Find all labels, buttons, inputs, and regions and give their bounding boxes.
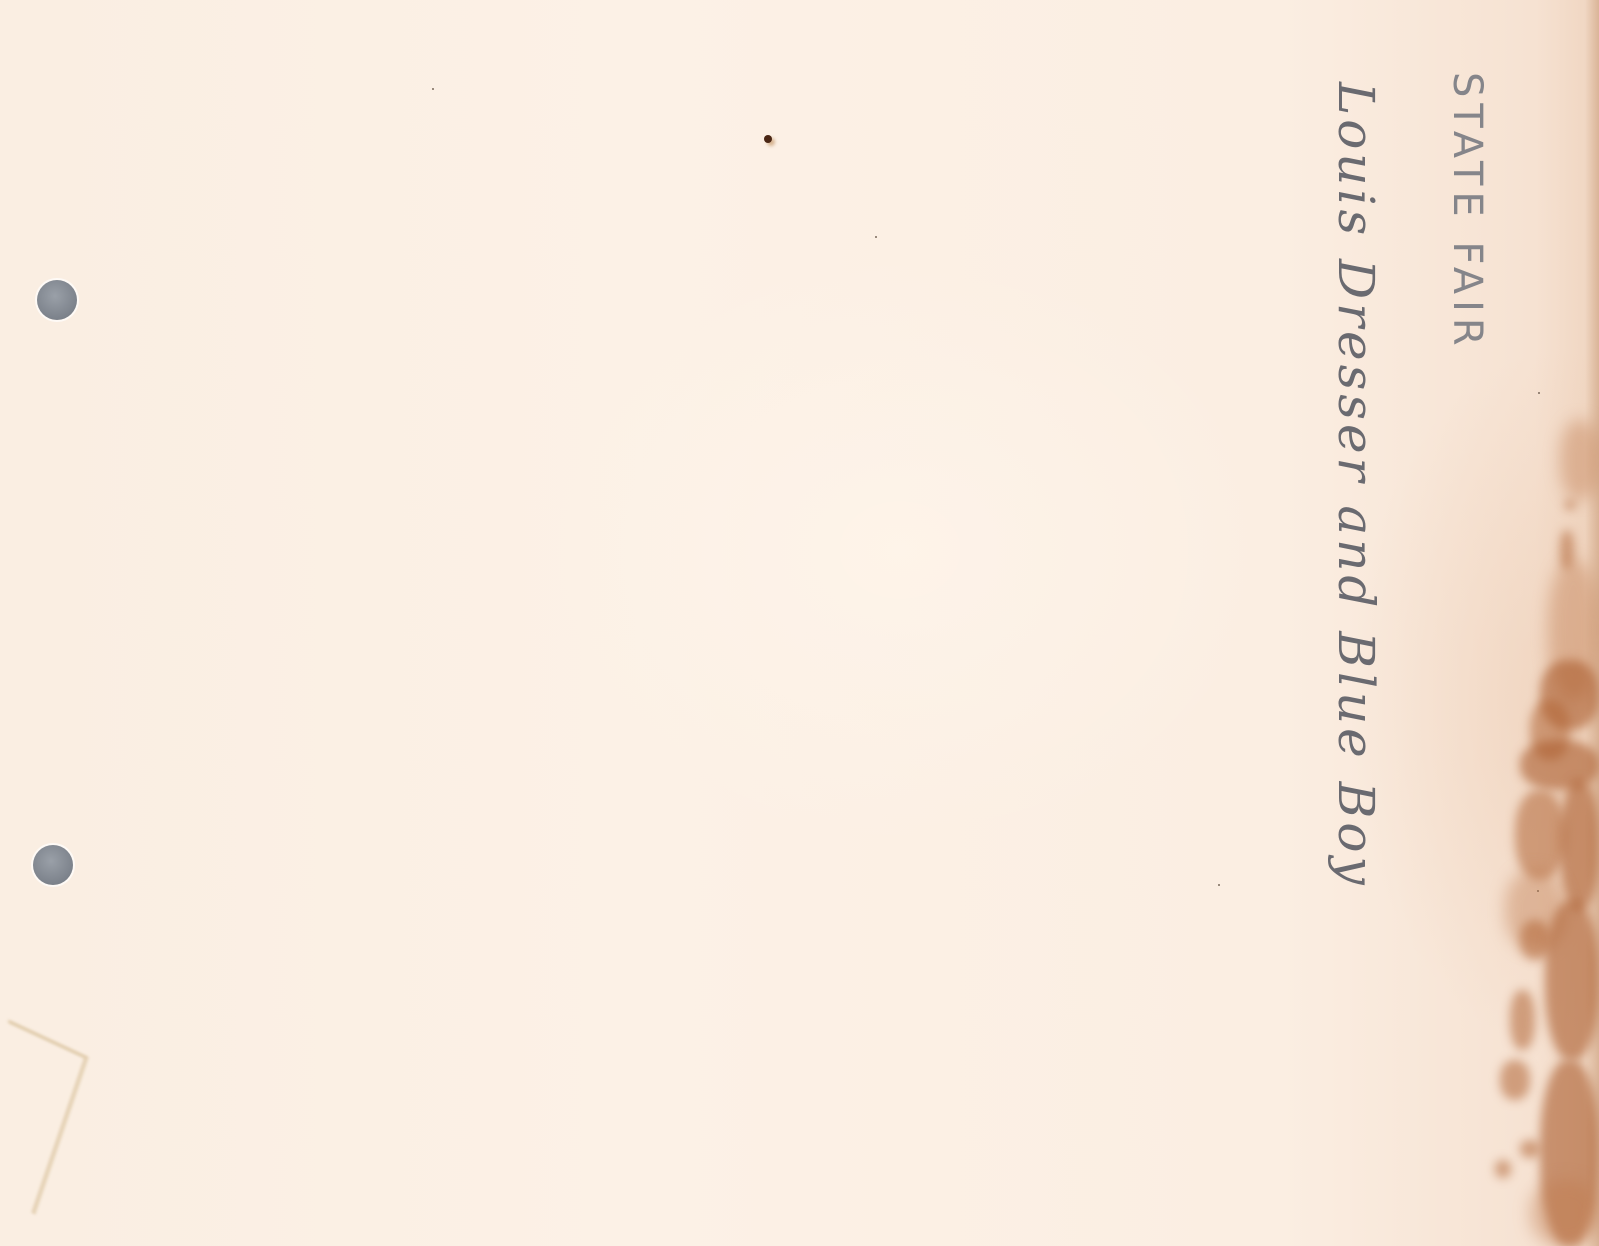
scanned-document-page: STATE FAIR Louis Dresser and Blue Boy (0, 0, 1599, 1246)
corner-crease (0, 1019, 89, 1214)
punch-hole-bottom (33, 845, 73, 885)
punch-hole-top (37, 280, 77, 320)
ink-speck (764, 135, 772, 143)
dust-dot (875, 236, 877, 238)
dust-dot (1538, 392, 1540, 394)
dust-dot (1218, 884, 1220, 886)
dust-dot (432, 88, 434, 90)
handwritten-caption: Louis Dresser and Blue Boy (1327, 82, 1385, 889)
handwritten-title: STATE FAIR (1444, 72, 1490, 352)
